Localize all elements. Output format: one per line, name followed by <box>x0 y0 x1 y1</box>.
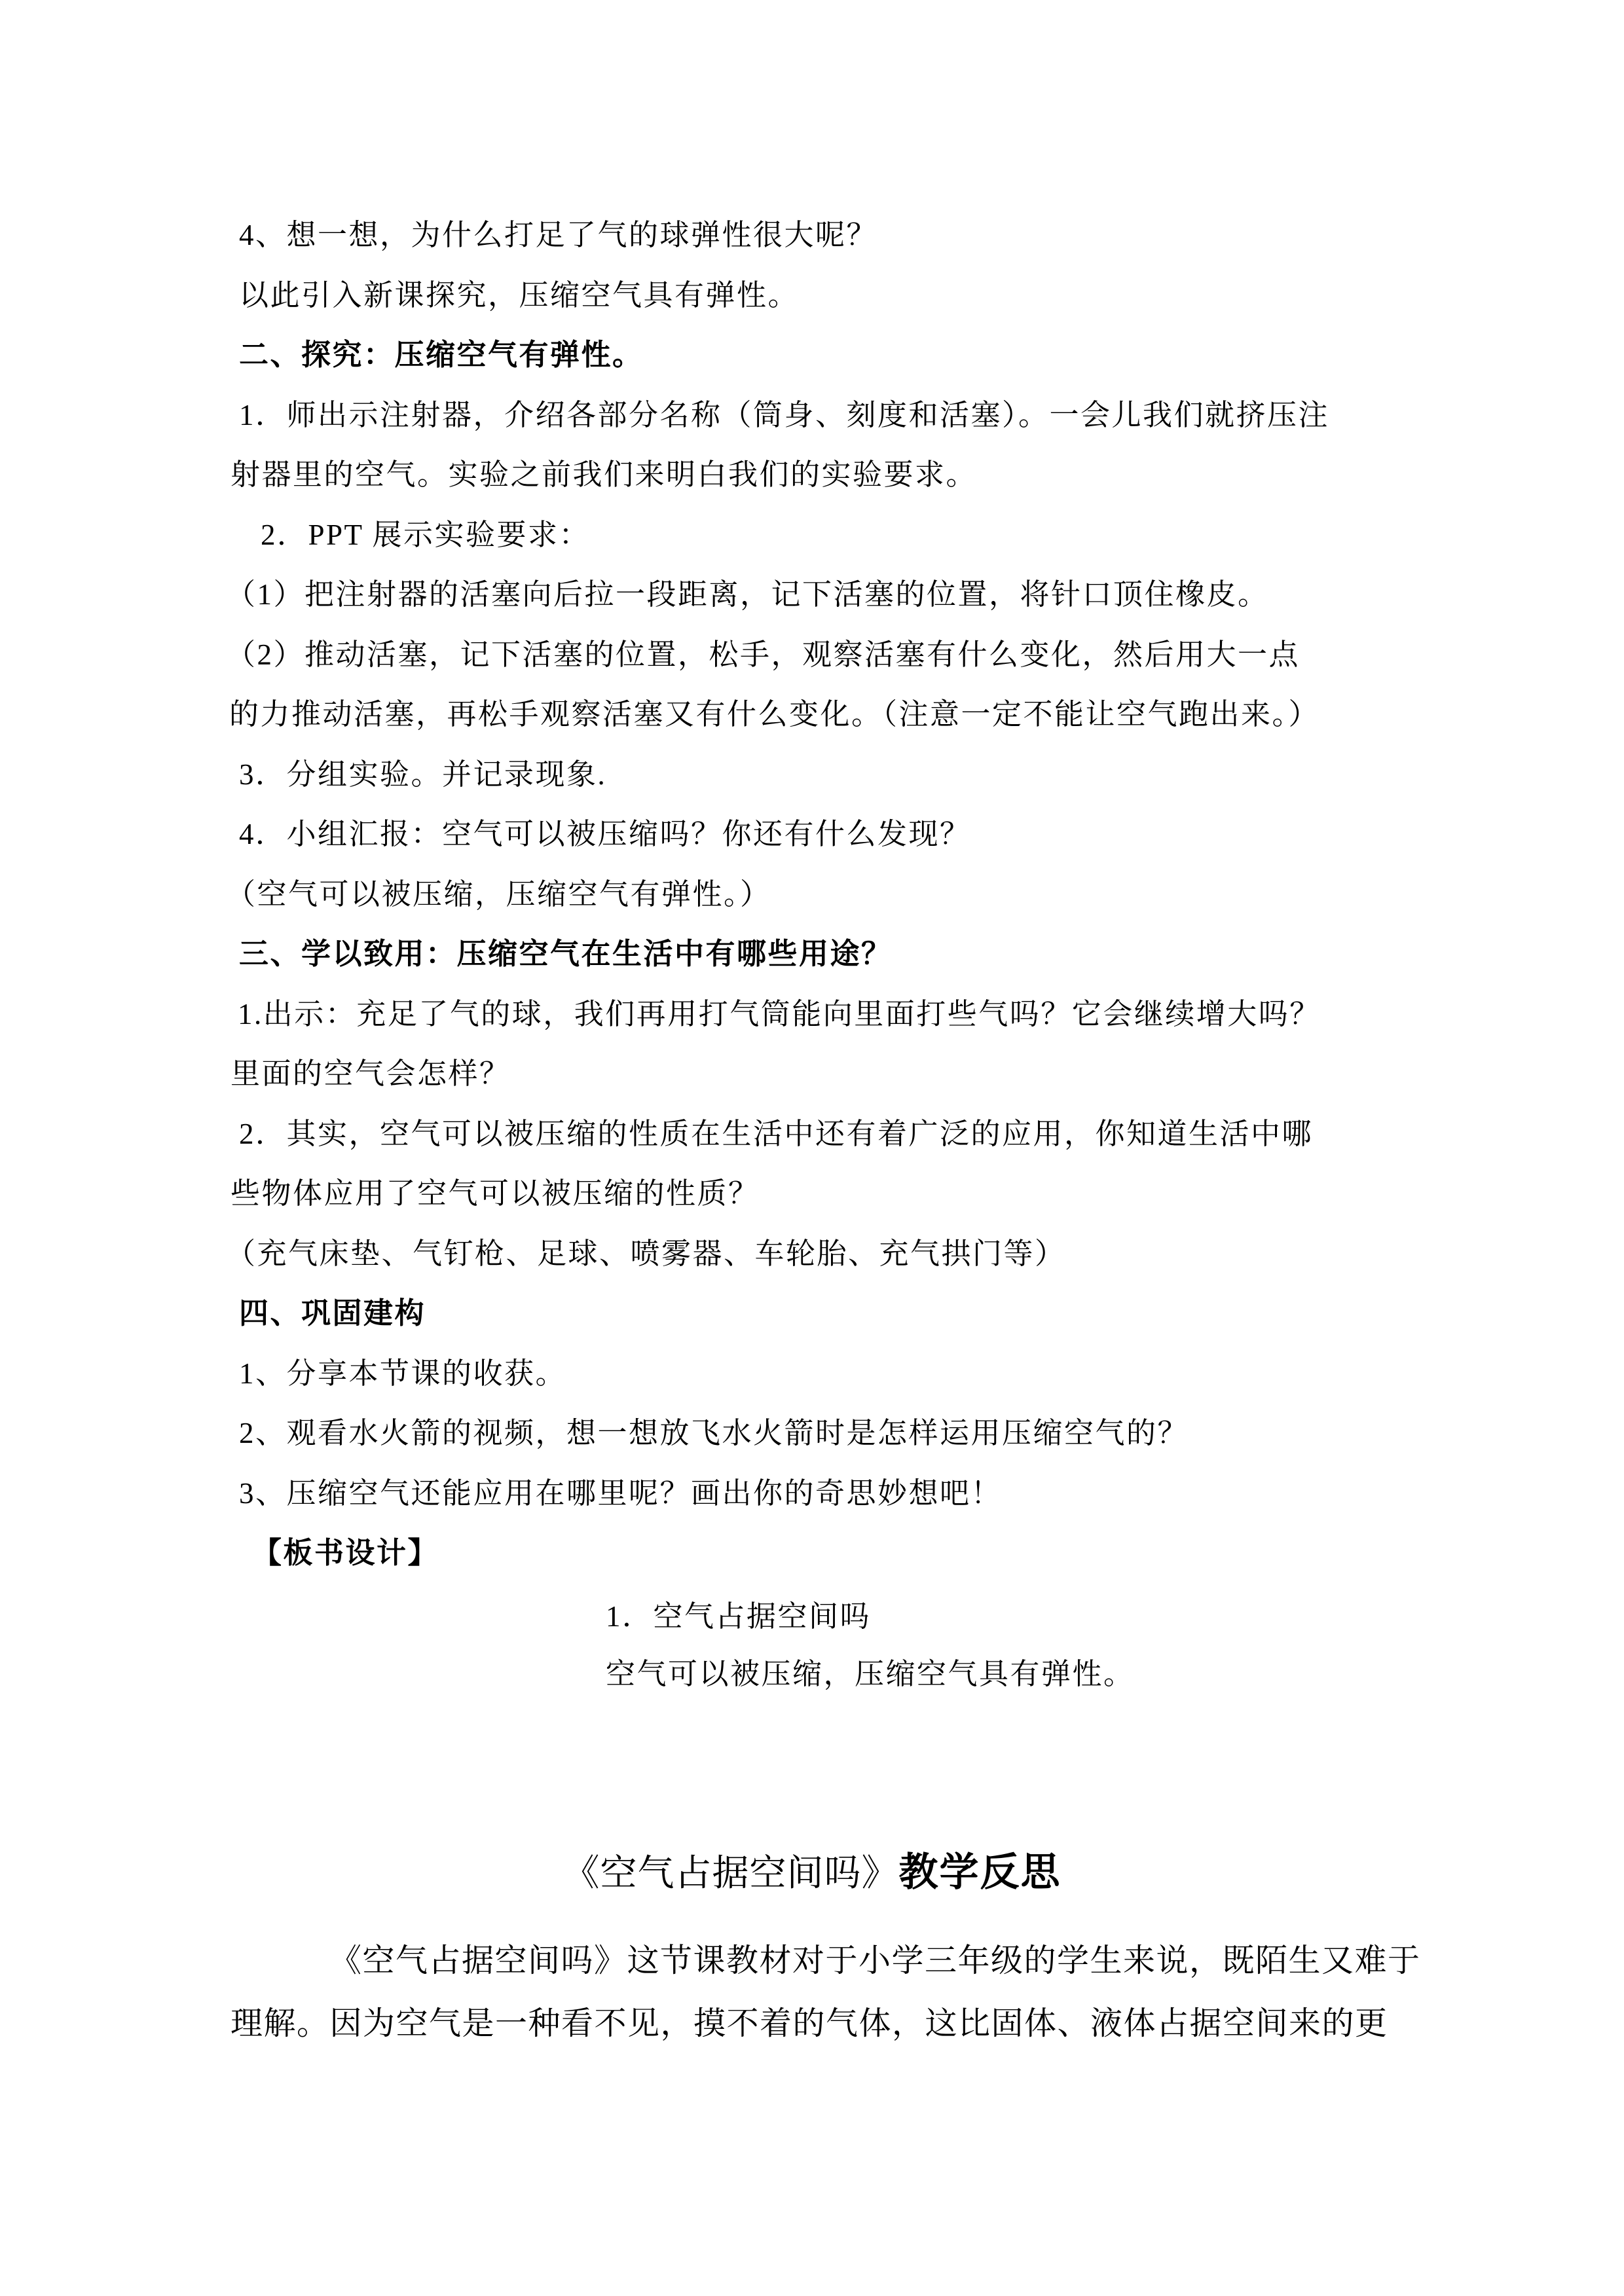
lesson-step-text: 1.出示：充足了气的球，我们再用打气筒能向里面打些气吗？它会继续增大吗？ <box>238 998 1321 1031</box>
section-heading-apply: 三、学以致用：压缩空气在生活中有哪些用途？ <box>239 938 893 971</box>
board-design-heading: 【板书设计】 <box>252 1537 439 1570</box>
board-design-line: 空气可以被压缩，压缩空气具有弹性。 <box>606 1658 1135 1691</box>
lesson-step-text: 2、观看水火箭的视频，想一想放飞水火箭时是怎样运用压缩空气的？ <box>239 1417 1189 1450</box>
lesson-step-text: 1．师出示注射器，介绍各部分名称（筒身、刻度和活塞）。一会儿我们就挤压注 <box>239 399 1329 432</box>
lesson-step-text: 些物体应用了空气可以被压缩的性质？ <box>231 1178 760 1211</box>
lesson-step-text: 2．其实，空气可以被压缩的性质在生活中还有着广泛的应用，你知道生活中哪 <box>239 1118 1313 1151</box>
lesson-step-text: 里面的空气会怎样？ <box>231 1058 511 1091</box>
lesson-step-text: 3．分组实验。并记录现象. <box>239 759 606 792</box>
experiment-requirement: 的力推动活塞，再松手观察活塞又有什么变化。（注意一定不能让空气跑出来。） <box>229 699 1319 731</box>
reflection-paragraph-line: 理解。因为空气是一种看不见，摸不着的气体，这比固体、液体占据空间来的更 <box>231 2006 1388 2041</box>
reflection-paragraph-line: 《空气占据空间吗》这节课教材对于小学三年级的学生来说，既陌生又难于 <box>329 1943 1421 1978</box>
board-design-line: 1．空气占据空间吗 <box>606 1601 871 1633</box>
lesson-step-text: 射器里的空气。实验之前我们来明白我们的实验要求。 <box>231 459 977 492</box>
lesson-step-text: 1、分享本节课的收获。 <box>239 1358 566 1391</box>
lesson-step-text: 4．小组汇报：空气可以被压缩吗？你还有什么发现？ <box>239 818 971 851</box>
reflection-title-suffix: 教学反思 <box>899 1850 1061 1894</box>
document-page: 4、想一想，为什么打足了气的球弹性很大呢？ 以此引入新课探究，压缩空气具有弹性。… <box>0 0 1624 2296</box>
experiment-requirement: （2）推动活塞，记下活塞的位置，松手，观察活塞有什么变化，然后用大一点 <box>226 639 1300 672</box>
reflection-title-book-name: 《空气占据空间吗》 <box>563 1853 899 1894</box>
lesson-step-text: 3、压缩空气还能应用在哪里呢？画出你的奇思妙想吧！ <box>239 1478 1002 1510</box>
lesson-answer-note: （充气床垫、气钉枪、足球、喷雾器、车轮胎、充气拱门等） <box>226 1238 1066 1271</box>
section-heading-consolidate: 四、巩固建构 <box>239 1298 426 1330</box>
experiment-requirement: （1）把注射器的活塞向后拉一段距离，记下活塞的位置，将针口顶住橡皮。 <box>226 579 1269 611</box>
section-heading-explore: 二、探究：压缩空气有弹性。 <box>239 339 644 372</box>
reflection-title: 《空气占据空间吗》教学反思 <box>0 1841 1624 1897</box>
lesson-step-text: 4、想一想，为什么打足了气的球弹性很大呢？ <box>239 219 877 252</box>
lesson-answer-note: （空气可以被压缩，压缩空气有弹性。） <box>226 879 771 911</box>
lesson-step-text: 2．PPT 展示实验要求： <box>261 519 590 552</box>
lesson-step-text: 以此引入新课探究，压缩空气具有弹性。 <box>239 280 799 312</box>
